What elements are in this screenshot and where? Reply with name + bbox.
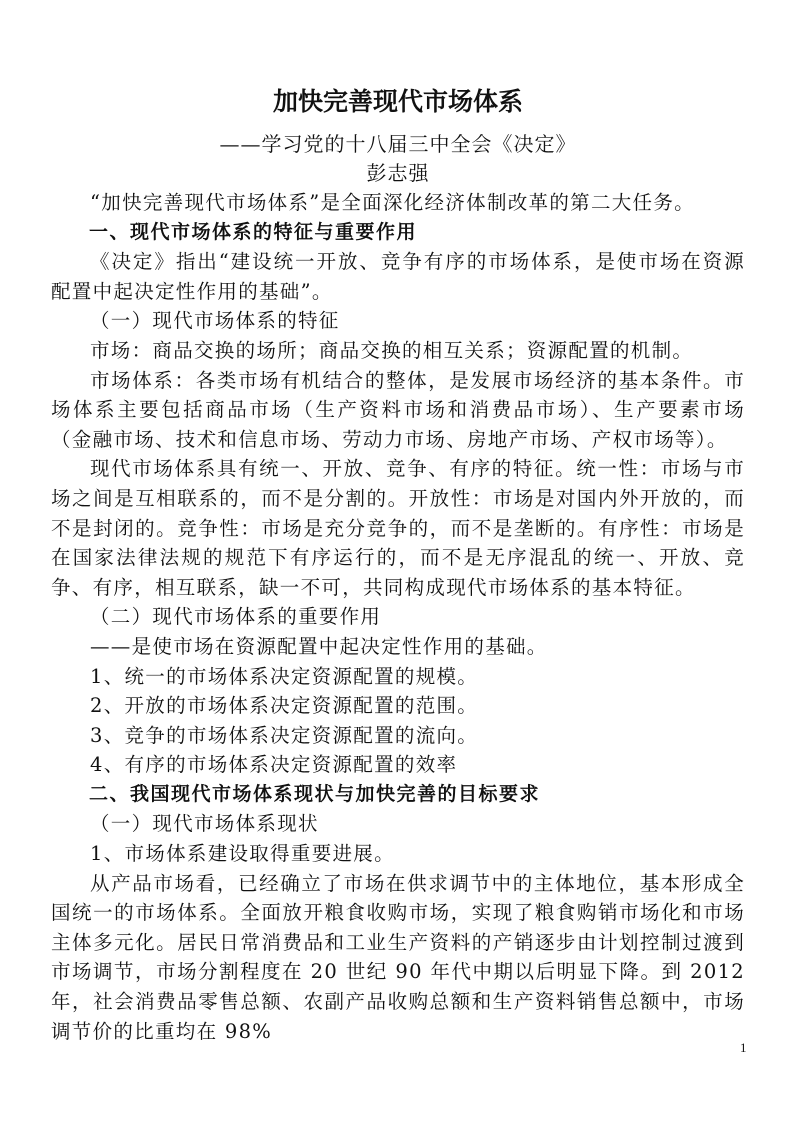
document-title: 加快完善现代市场体系 — [51, 82, 745, 122]
intro-paragraph: “加快完善现代市场体系”是全面深化经济体制改革的第二大任务。 — [51, 188, 745, 218]
document-author: 彭志强 — [51, 159, 745, 188]
paragraph: 市场：商品交换的场所；商品交换的相互关系；资源配置的机制。 — [51, 336, 745, 366]
paragraph: 1、市场体系建设取得重要进展。 — [51, 839, 745, 869]
paragraph: ——是使市场在资源配置中起决定性作用的基础。 — [51, 632, 745, 662]
paragraph: 《决定》指出“建设统一开放、竞争有序的市场体系，是使市场在资源配置中起决定性作用… — [51, 247, 745, 306]
paragraph: 从产品市场看，已经确立了市场在供求调节中的主体地位，基本形成全国统一的市场体系。… — [51, 869, 745, 1047]
document-page: 加快完善现代市场体系 ——学习党的十八届三中全会《决定》 彭志强 “加快完善现代… — [51, 82, 745, 1046]
subheading: （二）现代市场体系的重要作用 — [51, 602, 745, 632]
list-item: 1、统一的市场体系决定资源配置的规模。 — [51, 662, 745, 692]
section-heading-1: 一、现代市场体系的特征与重要作用 — [51, 218, 745, 248]
list-item: 2、开放的市场体系决定资源配置的范围。 — [51, 691, 745, 721]
paragraph: 现代市场体系具有统一、开放、竞争、有序的特征。统一性：市场与市场之间是互相联系的… — [51, 454, 745, 602]
list-item: 3、竞争的市场体系决定资源配置的流向。 — [51, 721, 745, 751]
paragraph: 市场体系：各类市场有机结合的整体，是发展市场经济的基本条件。市场体系主要包括商品… — [51, 366, 745, 455]
document-subtitle: ——学习党的十八届三中全会《决定》 — [51, 130, 745, 159]
subheading: （一）现代市场体系现状 — [51, 809, 745, 839]
subheading: （一）现代市场体系的特征 — [51, 306, 745, 336]
page-number: 1 — [740, 1040, 747, 1056]
section-heading-2: 二、我国现代市场体系现状与加快完善的目标要求 — [51, 780, 745, 810]
list-item: 4、有序的市场体系决定资源配置的效率 — [51, 750, 745, 780]
